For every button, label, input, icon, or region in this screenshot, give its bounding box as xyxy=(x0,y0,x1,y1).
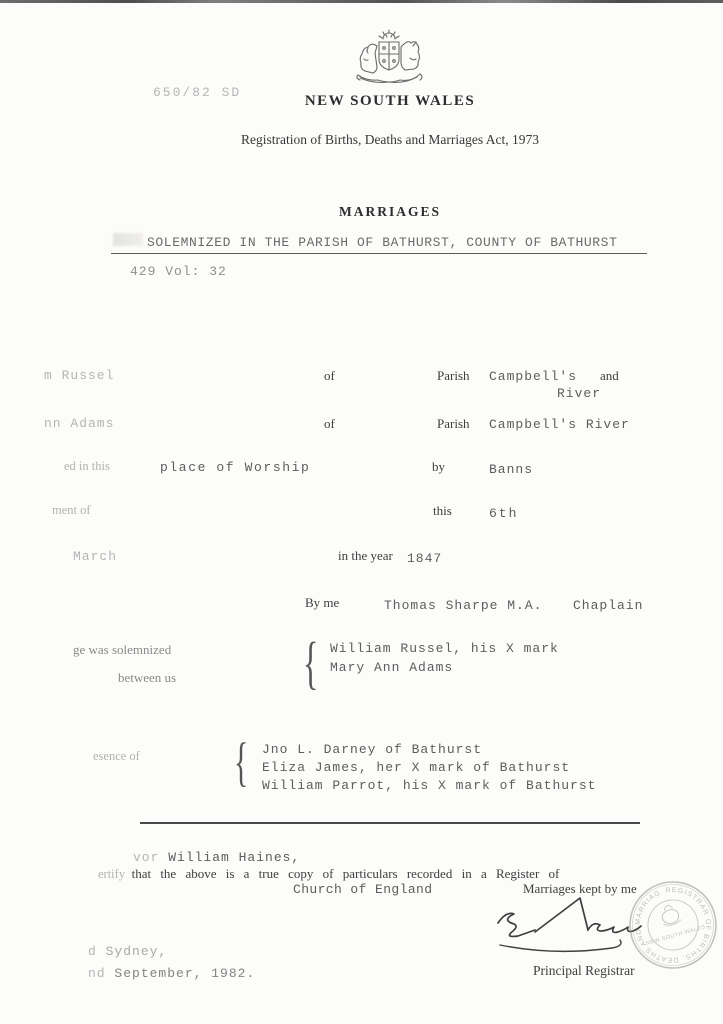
bride-parish-value: Campbell's River xyxy=(489,417,630,432)
year-value: 1847 xyxy=(407,551,442,566)
by-label: by xyxy=(432,459,445,475)
date-line: nd September, 1982. xyxy=(88,966,255,981)
registrar-name-faint-fragment: vor xyxy=(133,850,159,865)
bride-parish-label: Parish xyxy=(437,416,470,432)
bride-name: nn Adams xyxy=(44,416,114,431)
day-value: 6th xyxy=(489,506,518,521)
presence-of-label: esence of xyxy=(93,749,140,764)
celebrant-title: Chaplain xyxy=(573,598,643,613)
parish-heading-underline xyxy=(111,253,647,254)
parish-heading: SOLEMNIZED IN THE PARISH OF BATHURST, CO… xyxy=(147,235,617,250)
registrar-name: William Haines, xyxy=(168,850,300,865)
place-line: d Sydney, xyxy=(88,944,167,959)
witness-line: Eliza James, her X mark of Bathurst xyxy=(262,760,570,775)
certification-divider xyxy=(140,822,640,824)
parties-brace-icon: { xyxy=(303,633,318,693)
seal-inner-text: NEW SOUTH WALES xyxy=(646,924,707,947)
registrar-name-line: vor William Haines, xyxy=(133,850,300,865)
act-title: Registration of Births, Deaths and Marri… xyxy=(190,132,590,148)
by-me-label: By me xyxy=(305,595,339,611)
section-title: MARRIAGES xyxy=(240,204,540,220)
groom-parish-label: Parish xyxy=(437,368,470,384)
place-of-worship-value: place of Worship xyxy=(160,460,310,475)
date-value: September, 1982. xyxy=(114,966,255,981)
month-value: March xyxy=(73,549,117,564)
certify-faint-fragment: ertify xyxy=(98,867,125,881)
certify-line: ertify that the above is a true copy of … xyxy=(98,866,559,882)
certify-text: that the above is a true copy of particu… xyxy=(132,866,560,881)
consent-label: ment of xyxy=(52,503,91,518)
witness-line: William Parrot, his X mark of Bathurst xyxy=(262,778,596,793)
groom-and-label: and xyxy=(600,368,619,384)
married-in-label: ed in this xyxy=(64,459,110,474)
witnesses-brace-icon: { xyxy=(234,734,248,790)
church-value: Church of England xyxy=(293,882,432,897)
faded-ink-smudge xyxy=(113,233,143,246)
date-faint-fragment: nd xyxy=(88,966,106,981)
registration-number: 429 Vol: 32 xyxy=(130,264,227,279)
marriage-certificate-scan: 650/82 SD NEW SOUTH WALES Registration o… xyxy=(0,0,723,1024)
groom-parish-value-line2: River xyxy=(557,386,601,401)
nsw-coat-of-arms-icon xyxy=(346,26,432,90)
in-the-year-label: in the year xyxy=(338,548,393,564)
groom-name: m Russel xyxy=(44,368,114,383)
witness-line: Jno L. Darney of Bathurst xyxy=(262,742,482,757)
groom-parish-value: Campbell's xyxy=(489,369,577,384)
party-bride-line: Mary Ann Adams xyxy=(330,660,453,675)
between-us-label: between us xyxy=(118,670,176,686)
registrar-title-label: Principal Registrar xyxy=(533,963,635,979)
celebrant-name: Thomas Sharpe M.A. xyxy=(384,598,542,613)
place-value: Sydney, xyxy=(106,944,168,959)
banns-value: Banns xyxy=(489,462,533,477)
place-faint-fragment: d xyxy=(88,944,97,959)
state-title: NEW SOUTH WALES xyxy=(240,93,540,110)
scan-edge-artifact xyxy=(0,0,723,3)
bride-of-label: of xyxy=(324,416,335,432)
solemnized-label: ge was solemnized xyxy=(73,642,171,658)
groom-of-label: of xyxy=(324,368,335,384)
this-label: this xyxy=(433,503,452,519)
party-groom-line: William Russel, his X mark xyxy=(330,641,559,656)
reference-number: 650/82 SD xyxy=(153,85,241,100)
